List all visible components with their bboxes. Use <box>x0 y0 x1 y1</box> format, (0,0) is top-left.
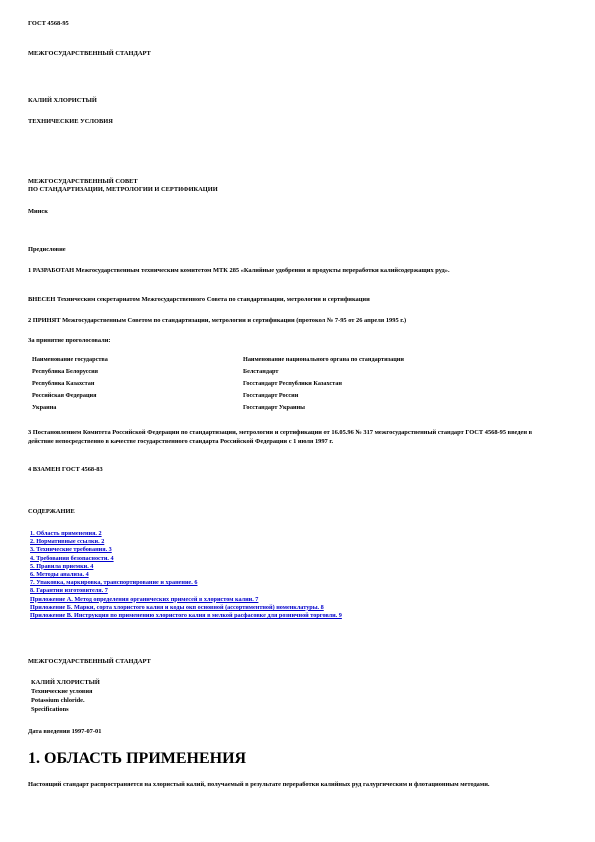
foreword-heading: Предисловие <box>28 246 66 254</box>
toc-link[interactable]: 4. Требования безопасности. 4 <box>30 555 342 563</box>
toc-link[interactable]: Приложение В. Инструкция по применению х… <box>30 612 342 620</box>
section-text: Настоящий стандарт распространяется на х… <box>28 780 548 789</box>
foreword-p3: 2 ПРИНЯТ Межгосударственным Советом по с… <box>28 316 548 325</box>
toc-link[interactable]: Приложение А. Метод определения органиче… <box>30 596 342 604</box>
toc-link[interactable]: 1. Область применения. 2 <box>30 530 342 538</box>
foreword-p5: 3 Постановлением Комитета Российской Фед… <box>28 428 548 446</box>
body-subtitle-en: Specifications <box>31 706 69 714</box>
table-cell: Российская Федерация <box>32 392 96 399</box>
toc-link[interactable]: 8. Гарантии изготовителя. 7 <box>30 587 342 595</box>
table-header-body: Наименование национального органа по ста… <box>243 356 404 363</box>
city: Минск <box>28 208 48 216</box>
effective-date: Дата введения 1997-07-01 <box>28 728 101 736</box>
table-cell: Республика Казахстан <box>32 380 94 387</box>
foreword-p1: 1 РАЗРАБОТАН Межгосударственным техничес… <box>28 266 548 275</box>
foreword-p2: ВНЕСЕН Техническим секретариатом Межгосу… <box>28 295 548 304</box>
council-line2: ПО СТАНДАРТИЗАЦИИ, МЕТРОЛОГИИ И СЕРТИФИК… <box>28 186 218 194</box>
toc-link[interactable]: 2. Нормативные ссылки. 2 <box>30 538 342 546</box>
body-standard-type: МЕЖГОСУДАРСТВЕННЫЙ СТАНДАРТ <box>28 658 151 666</box>
toc-link[interactable]: 7. Упаковка, маркировка, транспортирован… <box>30 579 342 587</box>
doc-subtitle: ТЕХНИЧЕСКИЕ УСЛОВИЯ <box>28 118 113 126</box>
council-line1: МЕЖГОСУДАРСТВЕННЫЙ СОВЕТ <box>28 178 138 186</box>
body-title-en: Potassium chloride. <box>31 697 85 705</box>
table-cell: Украина <box>32 404 56 411</box>
toc-link[interactable]: 5. Правила приемки. 4 <box>30 563 342 571</box>
table-cell: Госстандарт Украины <box>243 404 305 411</box>
section-heading: 1. ОБЛАСТЬ ПРИМЕНЕНИЯ <box>28 750 246 768</box>
foreword-p6: 4 ВЗАМЕН ГОСТ 4568-83 <box>28 465 548 474</box>
table-cell: Госстандарт Республики Казахстан <box>243 380 342 387</box>
table-header-state: Наименование государства <box>32 356 108 363</box>
doc-code: ГОСТ 4568-95 <box>28 20 69 28</box>
table-of-contents: 1. Область применения. 2 2. Нормативные … <box>30 530 342 620</box>
doc-title: КАЛИЙ ХЛОРИСТЫЙ <box>28 97 97 105</box>
toc-heading: СОДЕРЖАНИЕ <box>28 508 75 516</box>
toc-link[interactable]: 6. Методы анализа. 4 <box>30 571 342 579</box>
toc-link[interactable]: Приложение Б. Марки, сорта хлористого ка… <box>30 604 342 612</box>
standard-type: МЕЖГОСУДАРСТВЕННЫЙ СТАНДАРТ <box>28 50 151 58</box>
body-subtitle-ru: Технические условия <box>31 688 93 696</box>
table-cell: Республика Белоруссия <box>32 368 98 375</box>
table-cell: Белстандарт <box>243 368 278 375</box>
body-title: КАЛИЙ ХЛОРИСТЫЙ <box>31 679 100 687</box>
toc-link[interactable]: 3. Технические требования. 3 <box>30 546 342 554</box>
table-cell: Госстандарт России <box>243 392 298 399</box>
foreword-p4: За принятие проголосовали: <box>28 336 548 345</box>
